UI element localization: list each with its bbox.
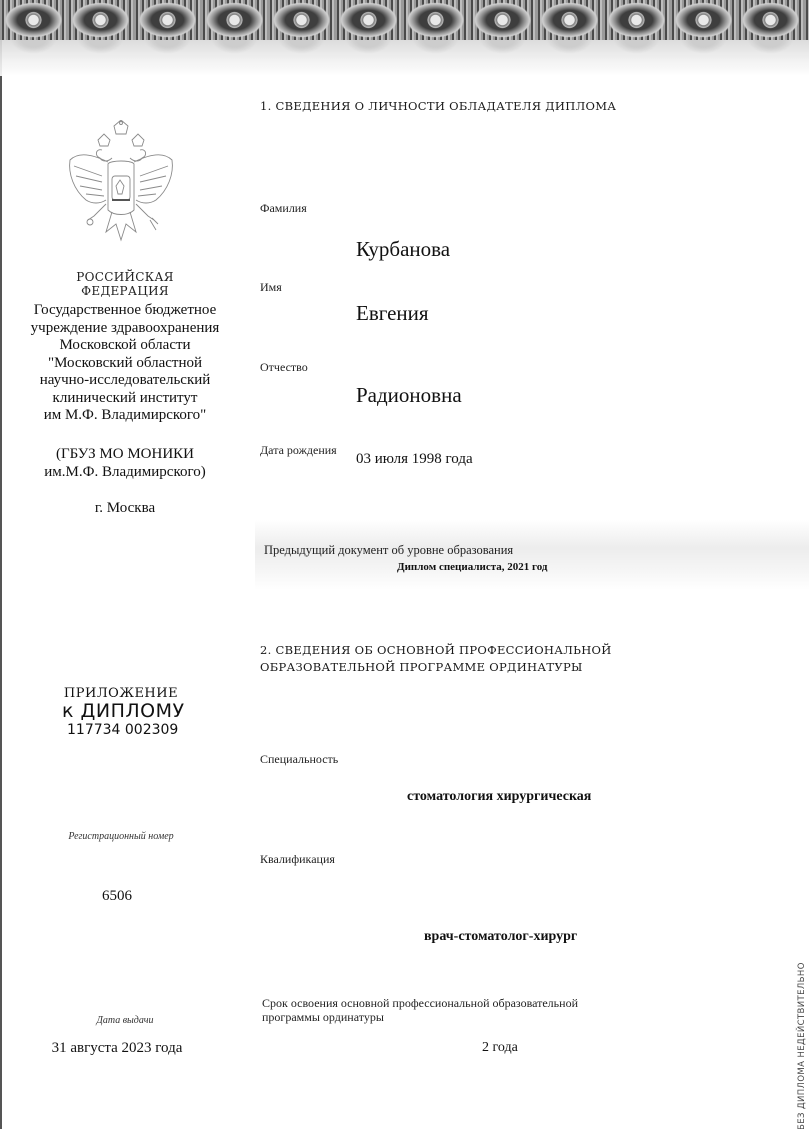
name-value: Евгения [356, 301, 429, 326]
section-2-title-line-1: 2. СВЕДЕНИЯ ОБ ОСНОВНОЙ ПРОФЕССИОНАЛЬНОЙ [260, 642, 612, 659]
appendix-number: 117734 002309 [67, 722, 178, 738]
ornamental-border-fade [0, 40, 809, 76]
country-line-2: ФЕДЕРАЦИЯ [0, 284, 250, 298]
ornamental-border-top [0, 0, 809, 40]
birth-date-label: Дата рождения [260, 443, 337, 458]
duration-label-line-1: Срок освоения основной профессиональной … [262, 996, 578, 1010]
coat-of-arms-icon [62, 120, 180, 250]
qualification-label: Квалификация [260, 852, 335, 867]
org-line: им М.Ф. Владимирского" [0, 407, 250, 425]
previous-document-label: Предыдущий документ об уровне образовани… [264, 543, 513, 558]
org-line: научно-исследовательский [0, 372, 250, 390]
org-line: Московской области [0, 337, 250, 355]
birth-date-value: 03 июля 1998 года [356, 451, 473, 468]
validity-side-note: БЕЗ ДИПЛОМА НЕДЕЙСТВИТЕЛЬНО [797, 962, 807, 1129]
previous-document-value: Диплом специалиста, 2021 год [397, 561, 547, 573]
org-short-line: им.М.Ф. Владимирского) [0, 464, 250, 482]
country-name: РОССИЙСКАЯ ФЕДЕРАЦИЯ [0, 270, 250, 298]
surname-value: Курбанова [356, 237, 450, 262]
qualification-value: врач-стоматолог-хирург [424, 929, 577, 945]
patronymic-label: Отчество [260, 360, 308, 375]
country-line-1: РОССИЙСКАЯ [0, 270, 250, 284]
page-edge [0, 0, 2, 1129]
surname-label: Фамилия [260, 201, 307, 216]
org-line: Государственное бюджетное [0, 302, 250, 320]
registration-number: 6506 [0, 888, 242, 905]
section-2-title-line-2: ОБРАЗОВАТЕЛЬНОЙ ПРОГРАММЕ ОРДИНАТУРЫ [260, 659, 612, 676]
org-line: "Московский областной [0, 355, 250, 373]
org-line: клинический институт [0, 390, 250, 408]
org-short-line: (ГБУЗ МО МОНИКИ [0, 446, 250, 464]
issue-date-label: Дата выдачи [0, 1015, 250, 1026]
organization-short-name: (ГБУЗ МО МОНИКИ им.М.Ф. Владимирского) [0, 446, 250, 481]
duration-label: Срок освоения основной профессиональной … [262, 996, 578, 1024]
specialty-label: Специальность [260, 752, 338, 767]
appendix-line-2: к ДИПЛОМУ [62, 700, 185, 722]
specialty-value: стоматология хирургическая [407, 789, 591, 805]
section-2-title: 2. СВЕДЕНИЯ ОБ ОСНОВНОЙ ПРОФЕССИОНАЛЬНОЙ… [260, 642, 612, 676]
name-label: Имя [260, 280, 282, 295]
org-line: учреждение здравоохранения [0, 320, 250, 338]
issue-date: 31 августа 2023 года [0, 1040, 242, 1057]
duration-label-line-2: программы ординатуры [262, 1010, 578, 1024]
section-1-title: 1. СВЕДЕНИЯ О ЛИЧНОСТИ ОБЛАДАТЕЛЯ ДИПЛОМ… [260, 98, 616, 115]
patronymic-value: Радионовна [356, 383, 462, 408]
registration-number-label: Регистрационный номер [0, 831, 246, 842]
city: г. Москва [0, 500, 250, 518]
duration-value: 2 года [482, 1040, 518, 1056]
organization-name: Государственное бюджетное учреждение здр… [0, 302, 250, 425]
